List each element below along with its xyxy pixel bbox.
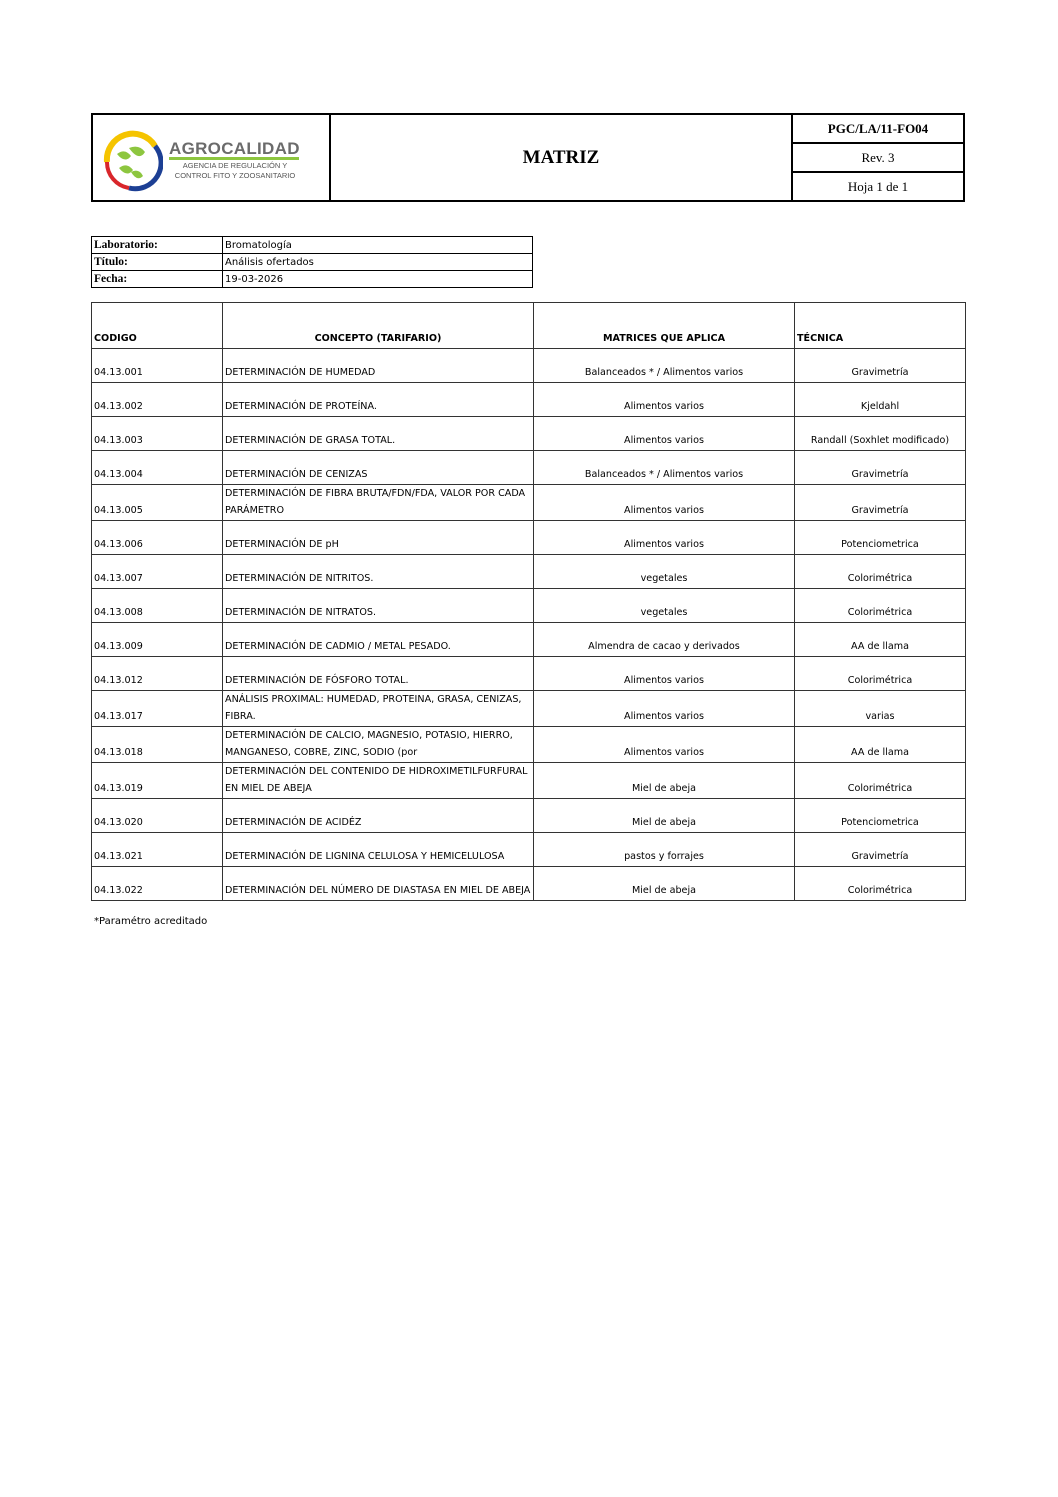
cell-technique: Colorimétrica	[795, 555, 966, 589]
cell-concept: DETERMINACIÓN DE pH	[223, 521, 534, 555]
meta-cell: PGC/LA/11-FO04 Rev. 3 Hoja 1 de 1	[793, 115, 963, 200]
table-row: 04.13.019DETERMINACIÓN DEL CONTENIDO DE …	[92, 763, 966, 799]
logo-subtitle-line1: AGENCIA DE REGULACIÓN Y	[173, 161, 297, 171]
cell-matrix: vegetales	[534, 589, 795, 623]
cell-matrix: pastos y forrajes	[534, 833, 795, 867]
cell-code: 04.13.003	[92, 417, 223, 451]
column-header-concepto: CONCEPTO (TARIFARIO)	[223, 303, 534, 349]
cell-code: 04.13.004	[92, 451, 223, 485]
document-title: MATRIZ	[523, 147, 600, 169]
cell-code: 04.13.012	[92, 657, 223, 691]
column-header-codigo: CODIGO	[92, 303, 223, 349]
info-row-laboratorio: Laboratorio: Bromatología	[92, 237, 533, 254]
table-row: 04.13.018DETERMINACIÓN DE CALCIO, MAGNES…	[92, 727, 966, 763]
info-label: Fecha:	[92, 271, 223, 288]
cell-matrix: Alimentos varios	[534, 383, 795, 417]
cell-concept: DETERMINACIÓN DE PROTEÍNA.	[223, 383, 534, 417]
info-label: Laboratorio:	[92, 237, 223, 254]
cell-technique: AA de llama	[795, 623, 966, 657]
cell-matrix: Alimentos varios	[534, 485, 795, 521]
cell-code: 04.13.022	[92, 867, 223, 901]
document-sheet: Hoja 1 de 1	[793, 173, 963, 200]
table-header-row: CODIGO CONCEPTO (TARIFARIO) MATRICES QUE…	[92, 303, 966, 349]
info-value: Análisis ofertados	[223, 254, 533, 271]
table-row: 04.13.020DETERMINACIÓN DE ACIDÉZMiel de …	[92, 799, 966, 833]
cell-code: 04.13.018	[92, 727, 223, 763]
logo-cell: AGROCALIDAD AGENCIA DE REGULACIÓN Y CONT…	[93, 115, 331, 200]
cell-technique: Kjeldahl	[795, 383, 966, 417]
table-row: 04.13.022DETERMINACIÓN DEL NÚMERO DE DIA…	[92, 867, 966, 901]
table-row: 04.13.006DETERMINACIÓN DE pHAlimentos va…	[92, 521, 966, 555]
info-value: Bromatología	[223, 237, 533, 254]
cell-matrix: Balanceados * / Alimentos varios	[534, 451, 795, 485]
cell-matrix: Alimentos varios	[534, 691, 795, 727]
agrocalidad-logo-icon	[99, 128, 163, 192]
table-row: 04.13.001DETERMINACIÓN DE HUMEDADBalance…	[92, 349, 966, 383]
cell-code: 04.13.006	[92, 521, 223, 555]
logo-subtitle-line2: CONTROL FITO Y ZOOSANITARIO	[173, 171, 297, 181]
cell-technique: Gravimetría	[795, 485, 966, 521]
cell-technique: Gravimetría	[795, 833, 966, 867]
cell-concept: DETERMINACIÓN DE GRASA TOTAL.	[223, 417, 534, 451]
table-row: 04.13.004DETERMINACIÓN DE CENIZASBalance…	[92, 451, 966, 485]
info-table: Laboratorio: Bromatología Título: Anális…	[91, 236, 533, 288]
table-row: 04.13.002DETERMINACIÓN DE PROTEÍNA.Alime…	[92, 383, 966, 417]
analysis-table: CODIGO CONCEPTO (TARIFARIO) MATRICES QUE…	[91, 302, 966, 901]
document-header: AGROCALIDAD AGENCIA DE REGULACIÓN Y CONT…	[91, 113, 965, 202]
table-row: 04.13.003DETERMINACIÓN DE GRASA TOTAL.Al…	[92, 417, 966, 451]
cell-code: 04.13.019	[92, 763, 223, 799]
logo-underline	[169, 157, 299, 160]
cell-matrix: Alimentos varios	[534, 657, 795, 691]
cell-technique: Gravimetría	[795, 349, 966, 383]
cell-technique: Randall (Soxhlet modificado)	[795, 417, 966, 451]
cell-matrix: Balanceados * / Alimentos varios	[534, 349, 795, 383]
table-row: 04.13.008DETERMINACIÓN DE NITRATOS.veget…	[92, 589, 966, 623]
cell-matrix: vegetales	[534, 555, 795, 589]
cell-technique: Colorimétrica	[795, 657, 966, 691]
cell-concept: DETERMINACIÓN DE FIBRA BRUTA/FDN/FDA, VA…	[223, 485, 534, 521]
cell-concept: DETERMINACIÓN DE ACIDÉZ	[223, 799, 534, 833]
cell-code: 04.13.002	[92, 383, 223, 417]
table-row: 04.13.005DETERMINACIÓN DE FIBRA BRUTA/FD…	[92, 485, 966, 521]
cell-concept: DETERMINACIÓN DE CALCIO, MAGNESIO, POTAS…	[223, 727, 534, 763]
cell-technique: AA de llama	[795, 727, 966, 763]
cell-technique: Colorimétrica	[795, 867, 966, 901]
cell-concept: DETERMINACIÓN DE FÓSFORO TOTAL.	[223, 657, 534, 691]
logo-subtitle: AGENCIA DE REGULACIÓN Y CONTROL FITO Y Z…	[173, 161, 297, 181]
cell-concept: DETERMINACIÓN DEL NÚMERO DE DIASTASA EN …	[223, 867, 534, 901]
title-cell: MATRIZ	[331, 115, 793, 200]
info-row-fecha: Fecha: 19-03-2026	[92, 271, 533, 288]
cell-technique: Potenciometrica	[795, 799, 966, 833]
cell-matrix: Miel de abeja	[534, 799, 795, 833]
table-row: 04.13.012DETERMINACIÓN DE FÓSFORO TOTAL.…	[92, 657, 966, 691]
column-header-matrices: MATRICES QUE APLICA	[534, 303, 795, 349]
cell-technique: Colorimétrica	[795, 763, 966, 799]
column-header-tecnica: TÉCNICA	[795, 303, 966, 349]
cell-code: 04.13.005	[92, 485, 223, 521]
info-row-titulo: Título: Análisis ofertados	[92, 254, 533, 271]
cell-concept: ANÁLISIS PROXIMAL: HUMEDAD, PROTEINA, GR…	[223, 691, 534, 727]
cell-matrix: Miel de abeja	[534, 867, 795, 901]
cell-matrix: Alimentos varios	[534, 417, 795, 451]
cell-concept: DETERMINACIÓN DE NITRATOS.	[223, 589, 534, 623]
table-row: 04.13.017ANÁLISIS PROXIMAL: HUMEDAD, PRO…	[92, 691, 966, 727]
cell-concept: DETERMINACIÓN DE HUMEDAD	[223, 349, 534, 383]
cell-code: 04.13.008	[92, 589, 223, 623]
table-row: 04.13.021DETERMINACIÓN DE LIGNINA CELULO…	[92, 833, 966, 867]
table-row: 04.13.007DETERMINACIÓN DE NITRITOS.veget…	[92, 555, 966, 589]
document-code: PGC/LA/11-FO04	[793, 115, 963, 144]
cell-code: 04.13.017	[92, 691, 223, 727]
info-label: Título:	[92, 254, 223, 271]
cell-code: 04.13.009	[92, 623, 223, 657]
cell-concept: DETERMINACIÓN DE CADMIO / METAL PESADO.	[223, 623, 534, 657]
cell-matrix: Alimentos varios	[534, 727, 795, 763]
footnote: *Paramétro acreditado	[94, 916, 207, 927]
cell-concept: DETERMINACIÓN DE CENIZAS	[223, 451, 534, 485]
cell-technique: Potenciometrica	[795, 521, 966, 555]
cell-code: 04.13.020	[92, 799, 223, 833]
cell-concept: DETERMINACIÓN DE NITRITOS.	[223, 555, 534, 589]
cell-code: 04.13.007	[92, 555, 223, 589]
info-value: 19-03-2026	[223, 271, 533, 288]
cell-concept: DETERMINACIÓN DEL CONTENIDO DE HIDROXIME…	[223, 763, 534, 799]
cell-code: 04.13.001	[92, 349, 223, 383]
cell-matrix: Almendra de cacao y derivados	[534, 623, 795, 657]
cell-technique: varias	[795, 691, 966, 727]
table-row: 04.13.009DETERMINACIÓN DE CADMIO / METAL…	[92, 623, 966, 657]
logo-name: AGROCALIDAD	[169, 139, 300, 159]
cell-technique: Colorimétrica	[795, 589, 966, 623]
document-revision: Rev. 3	[793, 144, 963, 173]
cell-matrix: Miel de abeja	[534, 763, 795, 799]
cell-matrix: Alimentos varios	[534, 521, 795, 555]
cell-technique: Gravimetría	[795, 451, 966, 485]
cell-concept: DETERMINACIÓN DE LIGNINA CELULOSA Y HEMI…	[223, 833, 534, 867]
cell-code: 04.13.021	[92, 833, 223, 867]
